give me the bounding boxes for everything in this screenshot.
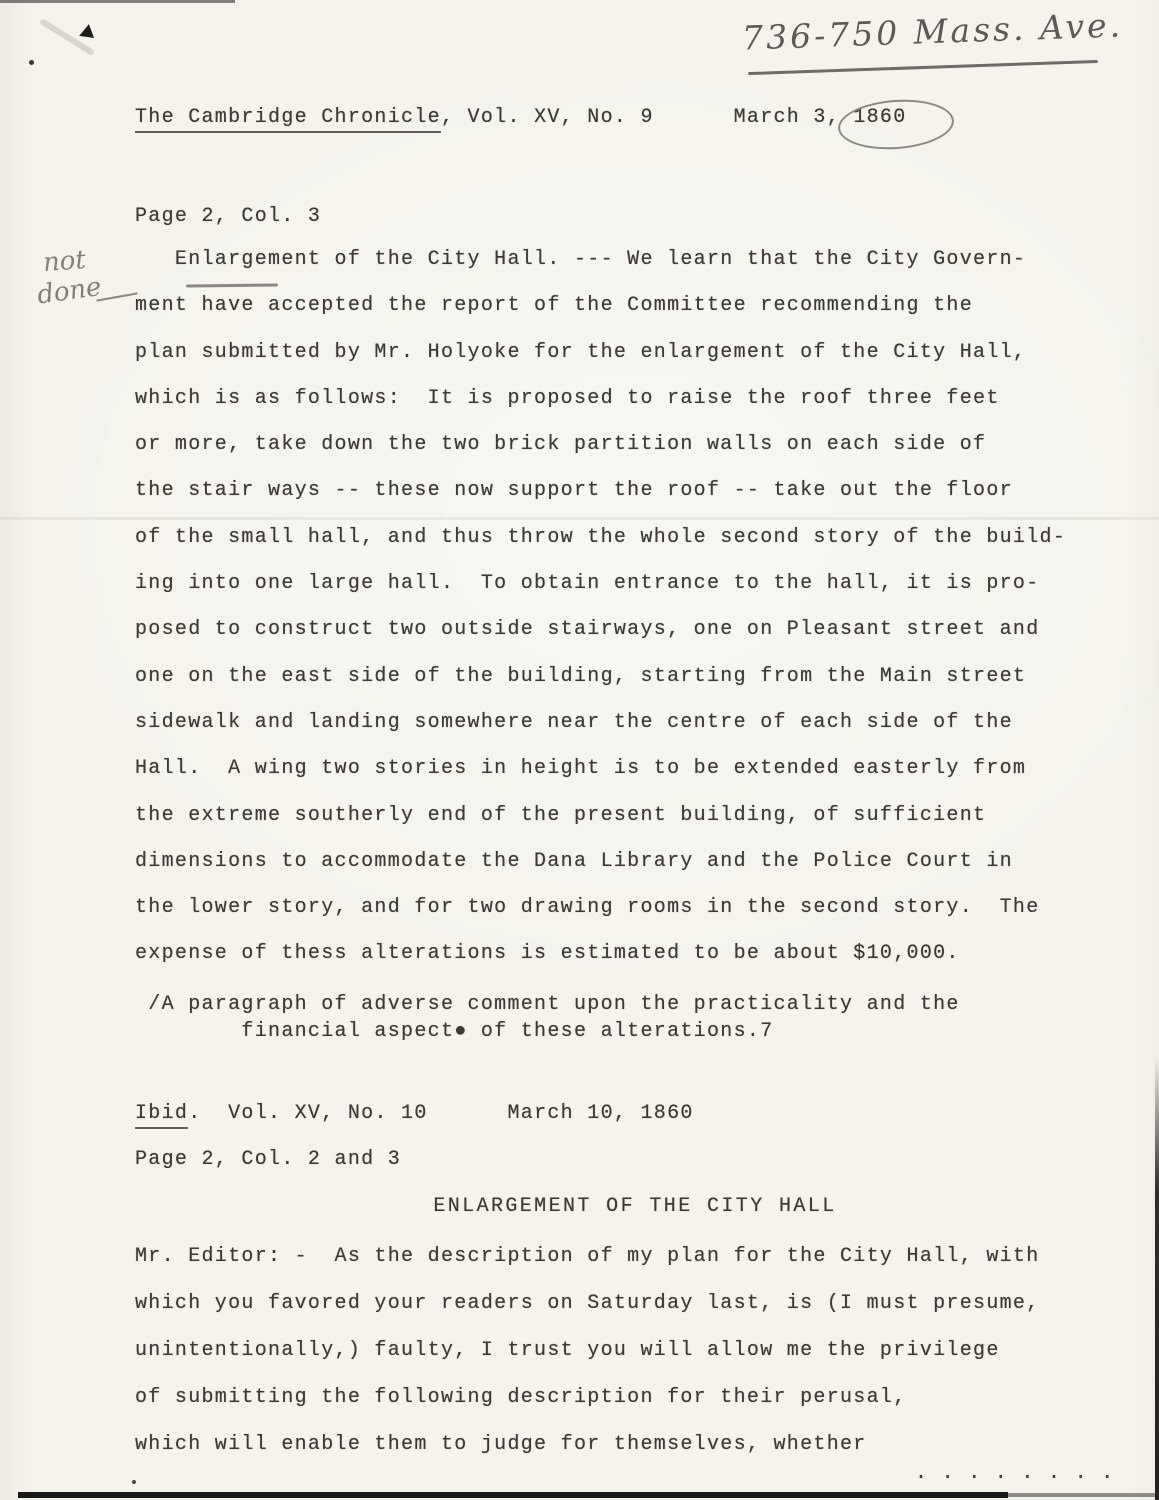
scan-edge-bottom bbox=[18, 1492, 1008, 1498]
citation1-volume-date: , Vol. XV, No. 9 March 3, bbox=[441, 106, 853, 129]
text-line: Hall. A wing two stories in height is to… bbox=[135, 746, 1066, 792]
text-line: expense of thess alterations is estimate… bbox=[135, 931, 1066, 977]
citation2-volume-date: . Vol. XV, No. 10 March 10, 1860 bbox=[188, 1102, 693, 1125]
transcriber-bracket-note: /A paragraph of adverse comment upon the… bbox=[135, 991, 960, 1045]
text-line: dimensions to accommodate the Dana Libra… bbox=[135, 839, 1066, 885]
text-line: which will enable them to judge for them… bbox=[135, 1421, 1040, 1468]
text-line: which you favored your readers on Saturd… bbox=[135, 1280, 1040, 1327]
text-line: the extreme southerly end of the present… bbox=[135, 793, 1066, 839]
article-1-body: Enlargement of the City Hall. --- We lea… bbox=[135, 237, 1066, 978]
ink-speck-triangle bbox=[79, 23, 96, 38]
handwritten-address-note: 736-750 Mass. Ave. bbox=[741, 5, 1123, 57]
citation-line-1: The Cambridge Chronicle, Vol. XV, No. 9 … bbox=[135, 106, 907, 129]
text-line: financial aspect● of these alterations.7 bbox=[135, 1018, 960, 1045]
text-line: sidewalk and landing somewhere near the … bbox=[135, 700, 1066, 746]
text-line: of submitting the following description … bbox=[135, 1374, 1040, 1421]
text-line: the lower story, and for two drawing roo… bbox=[135, 885, 1066, 931]
text-line: one on the east side of the building, st… bbox=[135, 654, 1066, 700]
citation-line-2: Ibid. Vol. XV, No. 10 March 10, 1860 bbox=[135, 1102, 694, 1125]
paper-crease bbox=[0, 517, 1159, 520]
text-line: the stair ways -- these now support the … bbox=[135, 468, 1066, 514]
page-reference-2: Page 2, Col. 2 and 3 bbox=[135, 1148, 401, 1171]
ink-speck-dot bbox=[29, 60, 34, 65]
ink-speck-dot-bottom bbox=[132, 1480, 136, 1484]
text-line: /A paragraph of adverse comment upon the… bbox=[135, 991, 960, 1018]
citation2-ibid: Ibid bbox=[135, 1102, 188, 1129]
text-line: Enlargement of the City Hall. --- We lea… bbox=[135, 237, 1066, 283]
text-line: Mr. Editor: - As the description of my p… bbox=[135, 1233, 1040, 1280]
text-line: unintentionally,) faulty, I trust you wi… bbox=[135, 1327, 1040, 1374]
document-page: 736-750 Mass. Ave. The Cambridge Chronic… bbox=[0, 0, 1159, 1500]
text-line: posed to construct two outside stairways… bbox=[135, 607, 1066, 653]
citation1-title: The Cambridge Chronicle bbox=[135, 106, 441, 133]
article-2-body: Mr. Editor: - As the description of my p… bbox=[135, 1233, 1040, 1468]
page-reference-1: Page 2, Col. 3 bbox=[135, 205, 321, 228]
text-line: ing into one large hall. To obtain entra… bbox=[135, 561, 1066, 607]
handwritten-not-done-note: not done bbox=[42, 244, 102, 308]
text-line: which is as follows: It is proposed to r… bbox=[135, 376, 1066, 422]
text-line: or more, take down the two brick partiti… bbox=[135, 422, 1066, 468]
handwritten-underline bbox=[748, 60, 1098, 75]
text-line: of the small hall, and thus throw the wh… bbox=[135, 515, 1066, 561]
pencil-circle-annotation bbox=[836, 96, 955, 153]
text-line: ment have accepted the report of the Com… bbox=[135, 283, 1066, 329]
text-line: plan submitted by Mr. Holyoke for the en… bbox=[135, 330, 1066, 376]
article-2-heading: ENLARGEMENT OF THE CITY HALL bbox=[135, 1195, 1135, 1218]
scan-edge-bottom-right bbox=[1008, 1493, 1159, 1497]
scan-edge-top bbox=[0, 0, 235, 3]
scan-edge-right bbox=[1155, 1058, 1159, 1500]
footer-dots: . . . . . . . . bbox=[915, 1462, 1115, 1485]
